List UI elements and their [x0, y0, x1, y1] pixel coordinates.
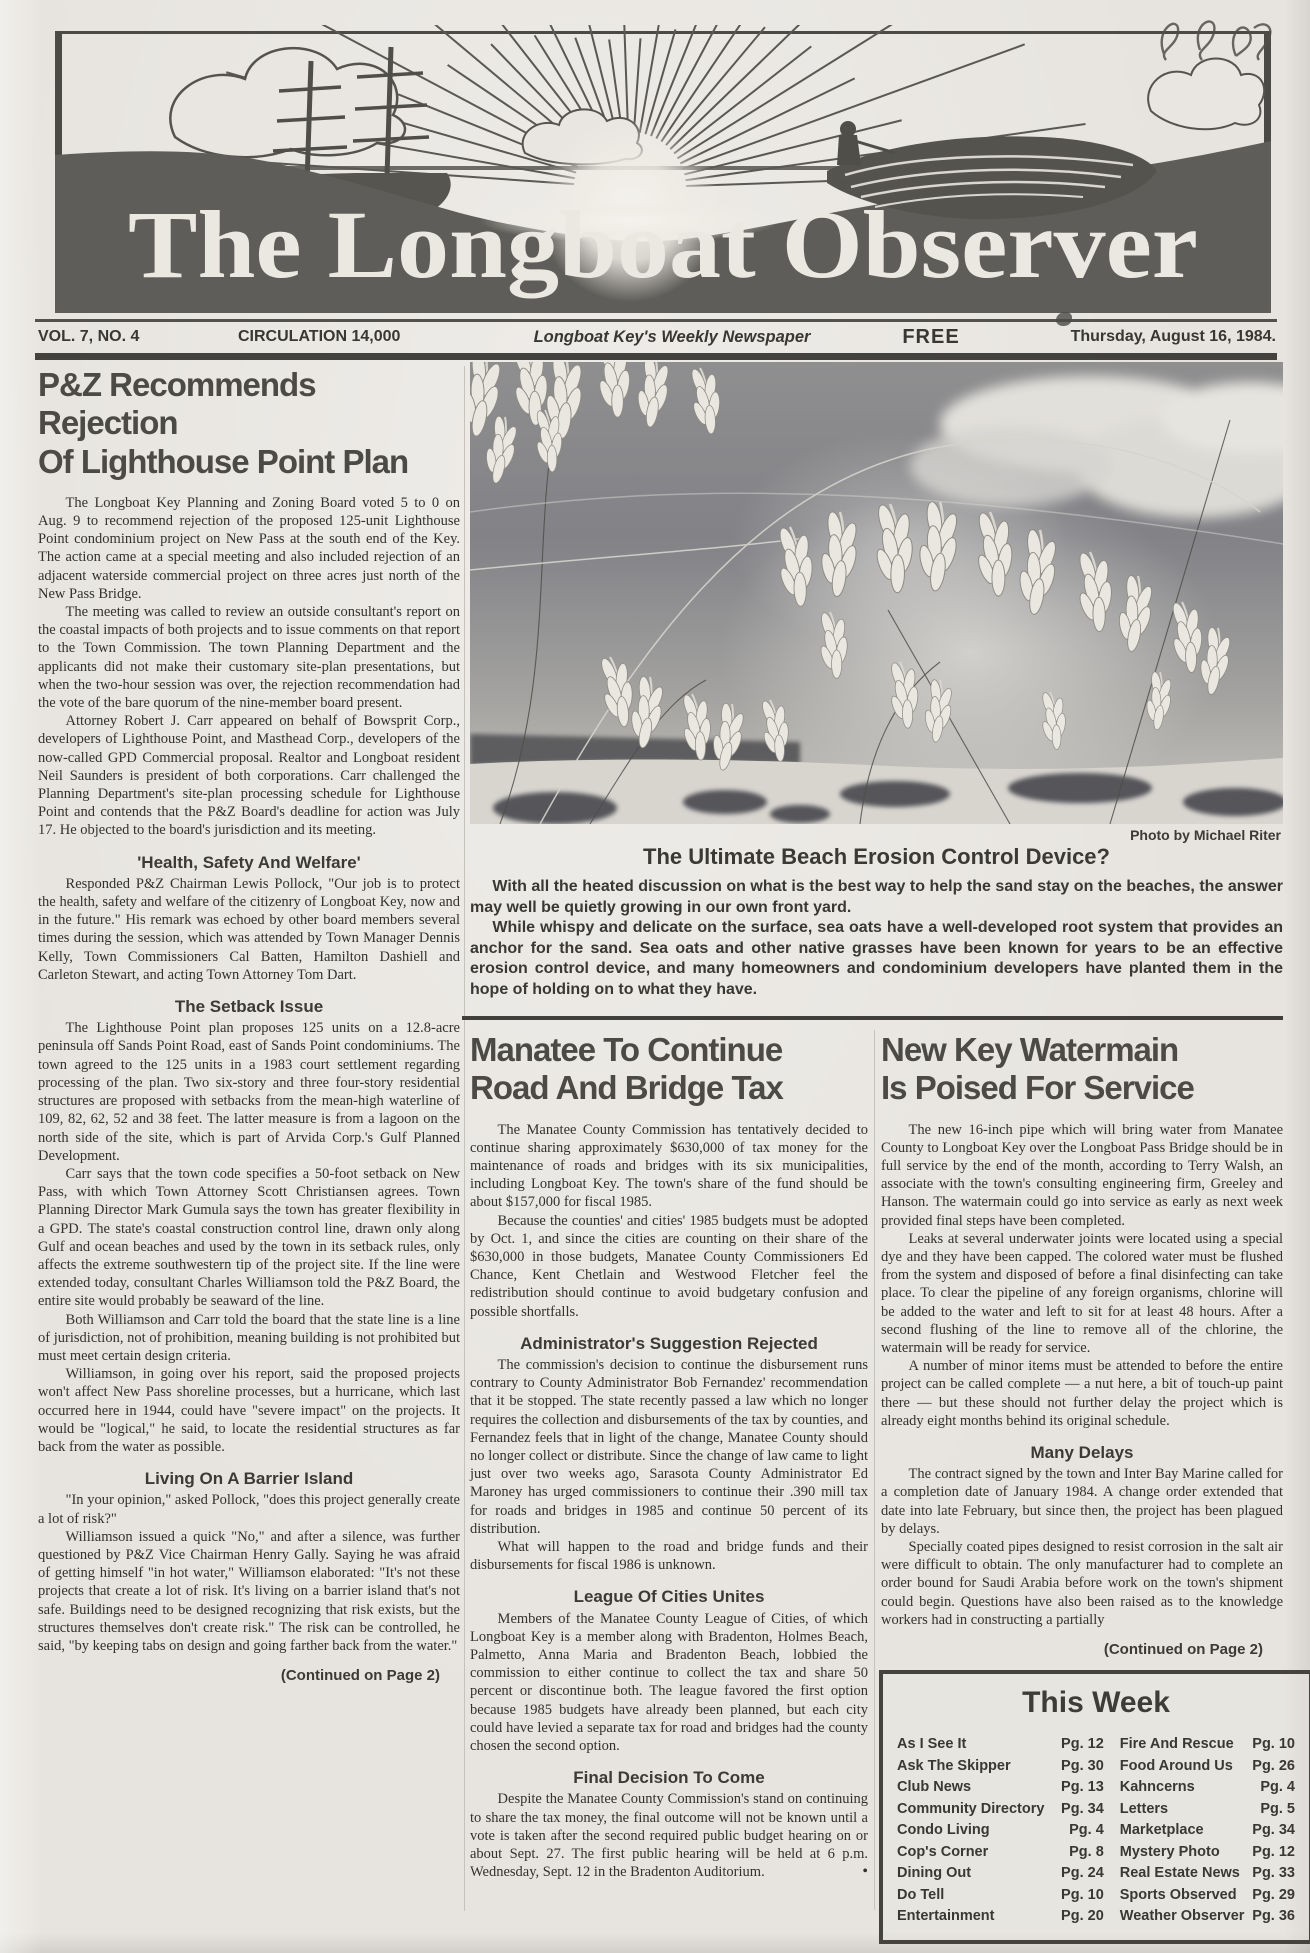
caption-paragraph: With all the heated discussion on what i… [470, 877, 1283, 918]
article-paragraph: Williamson, in going over his report, sa… [38, 1365, 460, 1456]
index-page: Pg. 8 [1069, 1842, 1104, 1864]
continued-notice: (Continued on Page 2) [38, 1667, 440, 1685]
index-page: Pg. 29 [1252, 1885, 1295, 1907]
index-page: Pg. 34 [1252, 1820, 1295, 1842]
section-subhead: Final Decision To Come [470, 1769, 868, 1787]
article-paragraph: The meeting was called to review an outs… [38, 603, 460, 712]
index-page: Pg. 10 [1252, 1734, 1295, 1756]
index-row: LettersPg. 5 [1120, 1799, 1295, 1821]
this-week-title: This Week [897, 1686, 1295, 1720]
article-paragraph: Members of the Manatee County League of … [470, 1610, 868, 1756]
index-column-left: As I See ItPg. 12 Ask The SkipperPg. 30 … [897, 1734, 1104, 1928]
article-paragraph: Leaks at several underwater joints were … [881, 1230, 1283, 1357]
index-row: Mystery PhotoPg. 12 [1120, 1842, 1295, 1864]
index-label: Sports Observed [1120, 1885, 1237, 1907]
headline-line: Is Poised For Service [881, 1069, 1194, 1106]
index-row: Real Estate NewsPg. 33 [1120, 1863, 1295, 1885]
index-page: Pg. 24 [1061, 1863, 1104, 1885]
section-subhead: 'Health, Safety And Welfare' [38, 854, 460, 872]
watermain-article: New Key Watermain Is Poised For Service … [881, 1031, 1283, 1659]
article-paragraph: What will happen to the road and bridge … [470, 1538, 868, 1574]
index-label: Food Around Us [1120, 1756, 1233, 1778]
index-page: Pg. 12 [1252, 1842, 1295, 1864]
index-row: Weather ObserverPg. 36 [1120, 1906, 1295, 1928]
index-row: Food Around UsPg. 26 [1120, 1756, 1295, 1778]
tax-article-headline: Manatee To Continue Road And Bridge Tax [470, 1031, 868, 1108]
article-paragraph: Attorney Robert J. Carr appeared on beha… [38, 712, 460, 839]
index-row: Do TellPg. 10 [897, 1885, 1104, 1907]
article-paragraph: Despite the Manatee County Commission's … [470, 1790, 868, 1881]
infobar-top-rule [35, 319, 1277, 322]
headline-line: Manatee To Continue [470, 1031, 782, 1068]
caption-paragraph: While whispy and delicate on the surface… [470, 918, 1283, 1000]
index-row: Condo LivingPg. 4 [897, 1820, 1104, 1842]
tax-article: Manatee To Continue Road And Bridge Tax … [470, 1031, 868, 1881]
section-subhead: League Of Cities Unites [470, 1588, 868, 1606]
section-divider-rule [462, 1016, 1283, 1020]
index-label: Letters [1120, 1799, 1168, 1821]
photo-feature: Photo by Michael Riter The Ultimate Beac… [470, 362, 1283, 1000]
end-mark: • [835, 1863, 868, 1881]
index-page: Pg. 12 [1061, 1734, 1104, 1756]
article-paragraph: The new 16-inch pipe which will bring wa… [881, 1121, 1283, 1230]
masthead-illustration: The Longboat Observer [55, 25, 1271, 313]
pen-scribble-mark [1150, 8, 1290, 78]
article-paragraph: Responded P&Z Chairman Lewis Pollock, "O… [38, 875, 460, 984]
index-page: Pg. 20 [1061, 1906, 1104, 1928]
index-label: Ask The Skipper [897, 1756, 1011, 1778]
article-paragraph: The commission's decision to continue th… [470, 1356, 868, 1538]
article-paragraph: Both Williamson and Carr told the board … [38, 1311, 460, 1366]
index-label: Club News [897, 1777, 971, 1799]
lead-article-headline: P&Z Recommends Rejection Of Lighthouse P… [38, 366, 460, 481]
newspaper-title: The Longboat Observer [128, 191, 1198, 298]
index-page: Pg. 4 [1069, 1820, 1104, 1842]
article-paragraph: "In your opinion," asked Pollock, "does … [38, 1491, 460, 1527]
infobar: VOL. 7, NO. 4 CIRCULATION 14,000 Longboa… [38, 324, 1276, 350]
index-row: Community DirectoryPg. 34 [897, 1799, 1104, 1821]
index-row: Cop's CornerPg. 8 [897, 1842, 1104, 1864]
index-label: Entertainment [897, 1906, 995, 1928]
index-row: MarketplacePg. 34 [1120, 1820, 1295, 1842]
section-subhead: The Setback Issue [38, 998, 460, 1016]
this-week-index-box: This Week As I See ItPg. 12 Ask The Skip… [879, 1670, 1310, 1944]
index-column-right: Fire And RescuePg. 10 Food Around UsPg. … [1120, 1734, 1295, 1928]
masthead-top-rule [55, 31, 1271, 34]
circulation: CIRCULATION 14,000 [238, 328, 508, 346]
photo-caption: With all the heated discussion on what i… [470, 877, 1283, 1000]
index-page: Pg. 30 [1061, 1756, 1104, 1778]
issue-date: Thursday, August 16, 1984. [1026, 328, 1276, 346]
caption-title: The Ultimate Beach Erosion Control Devic… [470, 844, 1283, 870]
index-label: Cop's Corner [897, 1842, 988, 1864]
index-page: Pg. 33 [1252, 1863, 1295, 1885]
index-page: Pg. 34 [1061, 1799, 1104, 1821]
index-row: Fire And RescuePg. 10 [1120, 1734, 1295, 1756]
index-page: Pg. 36 [1252, 1906, 1295, 1928]
headline-line: New Key Watermain [881, 1031, 1178, 1068]
section-subhead: Many Delays [881, 1444, 1283, 1462]
index-label: Mystery Photo [1120, 1842, 1220, 1864]
index-page: Pg. 13 [1061, 1777, 1104, 1799]
index-label: Dining Out [897, 1863, 971, 1885]
article-paragraph: The Manatee County Commission has tentat… [470, 1121, 868, 1212]
article-paragraph: Specially coated pipes designed to resis… [881, 1538, 1283, 1629]
volume-number: VOL. 7, NO. 4 [38, 328, 238, 346]
index-label: Fire And Rescue [1120, 1734, 1234, 1756]
price-label: FREE [836, 326, 1026, 349]
continued-notice: (Continued on Page 2) [881, 1641, 1263, 1659]
lead-article: P&Z Recommends Rejection Of Lighthouse P… [38, 366, 460, 1685]
index-row: As I See ItPg. 12 [897, 1734, 1104, 1756]
index-page: Pg. 26 [1252, 1756, 1295, 1778]
article-paragraph: Williamson issued a quick "No," and afte… [38, 1528, 460, 1655]
column-divider [464, 366, 465, 1911]
article-paragraph: The Lighthouse Point plan proposes 125 u… [38, 1019, 460, 1165]
sea-oats-photo [470, 362, 1283, 824]
section-subhead: Living On A Barrier Island [38, 1470, 460, 1488]
headline-line: Road And Bridge Tax [470, 1069, 783, 1106]
section-subhead: Administrator's Suggestion Rejected [470, 1335, 868, 1353]
paragraph-text: Despite the Manatee County Commission's … [470, 1791, 868, 1880]
index-row: EntertainmentPg. 20 [897, 1906, 1104, 1928]
watermain-article-headline: New Key Watermain Is Poised For Service [881, 1031, 1283, 1108]
infobar-bottom-rule [35, 353, 1277, 360]
index-page: Pg. 5 [1260, 1799, 1295, 1821]
article-paragraph: The Longboat Key Planning and Zoning Boa… [38, 494, 460, 603]
masthead: The Longboat Observer [55, 25, 1271, 313]
headline-line: P&Z Recommends Rejection [38, 366, 316, 441]
index-row: Ask The SkipperPg. 30 [897, 1756, 1104, 1778]
index-page: Pg. 10 [1061, 1885, 1104, 1907]
headline-line: Of Lighthouse Point Plan [38, 443, 408, 480]
article-paragraph: A number of minor items must be attended… [881, 1357, 1283, 1430]
index-label: Kahncerns [1120, 1777, 1195, 1799]
index-label: Do Tell [897, 1885, 944, 1907]
index-row: KahncernsPg. 4 [1120, 1777, 1295, 1799]
index-label: As I See It [897, 1734, 966, 1756]
index-page: Pg. 4 [1260, 1777, 1295, 1799]
index-label: Marketplace [1120, 1820, 1204, 1842]
photo-credit: Photo by Michael Riter [472, 827, 1281, 843]
article-paragraph: The contract signed by the town and Inte… [881, 1465, 1283, 1538]
tagline: Longboat Key's Weekly Newspaper [508, 328, 836, 347]
article-paragraph: Because the counties' and cities' 1985 b… [470, 1212, 868, 1321]
index-row: Club NewsPg. 13 [897, 1777, 1104, 1799]
index-row: Dining OutPg. 24 [897, 1863, 1104, 1885]
column-divider [874, 1030, 875, 1910]
index-label: Condo Living [897, 1820, 990, 1842]
article-paragraph: Carr says that the town code specifies a… [38, 1165, 460, 1311]
index-label: Real Estate News [1120, 1863, 1240, 1885]
index-label: Weather Observer [1120, 1906, 1245, 1928]
index-label: Community Directory [897, 1799, 1044, 1821]
index-row: Sports ObservedPg. 29 [1120, 1885, 1295, 1907]
newspaper-front-page: The Longboat Observer VOL. 7, NO. 4 CIRC… [0, 0, 1310, 1953]
